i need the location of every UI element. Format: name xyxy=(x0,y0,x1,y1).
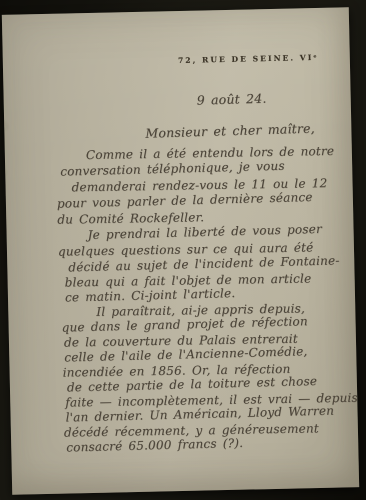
letter-date: 9 août 24. xyxy=(196,91,266,108)
letter-paper: Comme il a été entendu lors de notre pou… xyxy=(2,7,359,494)
bleedthrough-text: Comme il a été entendu lors de notre xyxy=(2,119,9,142)
letter-line: Comme il a été entendu lors de notre xyxy=(86,144,334,162)
letter-body: Comme il a été entendu lors de notre con… xyxy=(2,7,349,15)
letter-photograph: Comme il a été entendu lors de notre pou… xyxy=(0,0,366,500)
letter-line: du Comité Rockefeller. xyxy=(57,210,204,226)
letter-salutation: Monsieur et cher maître, xyxy=(145,121,315,141)
bleedthrough-text: quelques questions sur ce qui aura été xyxy=(2,164,8,188)
letterhead-address: 72, RUE DE SEINE. VIᵉ xyxy=(178,53,319,65)
